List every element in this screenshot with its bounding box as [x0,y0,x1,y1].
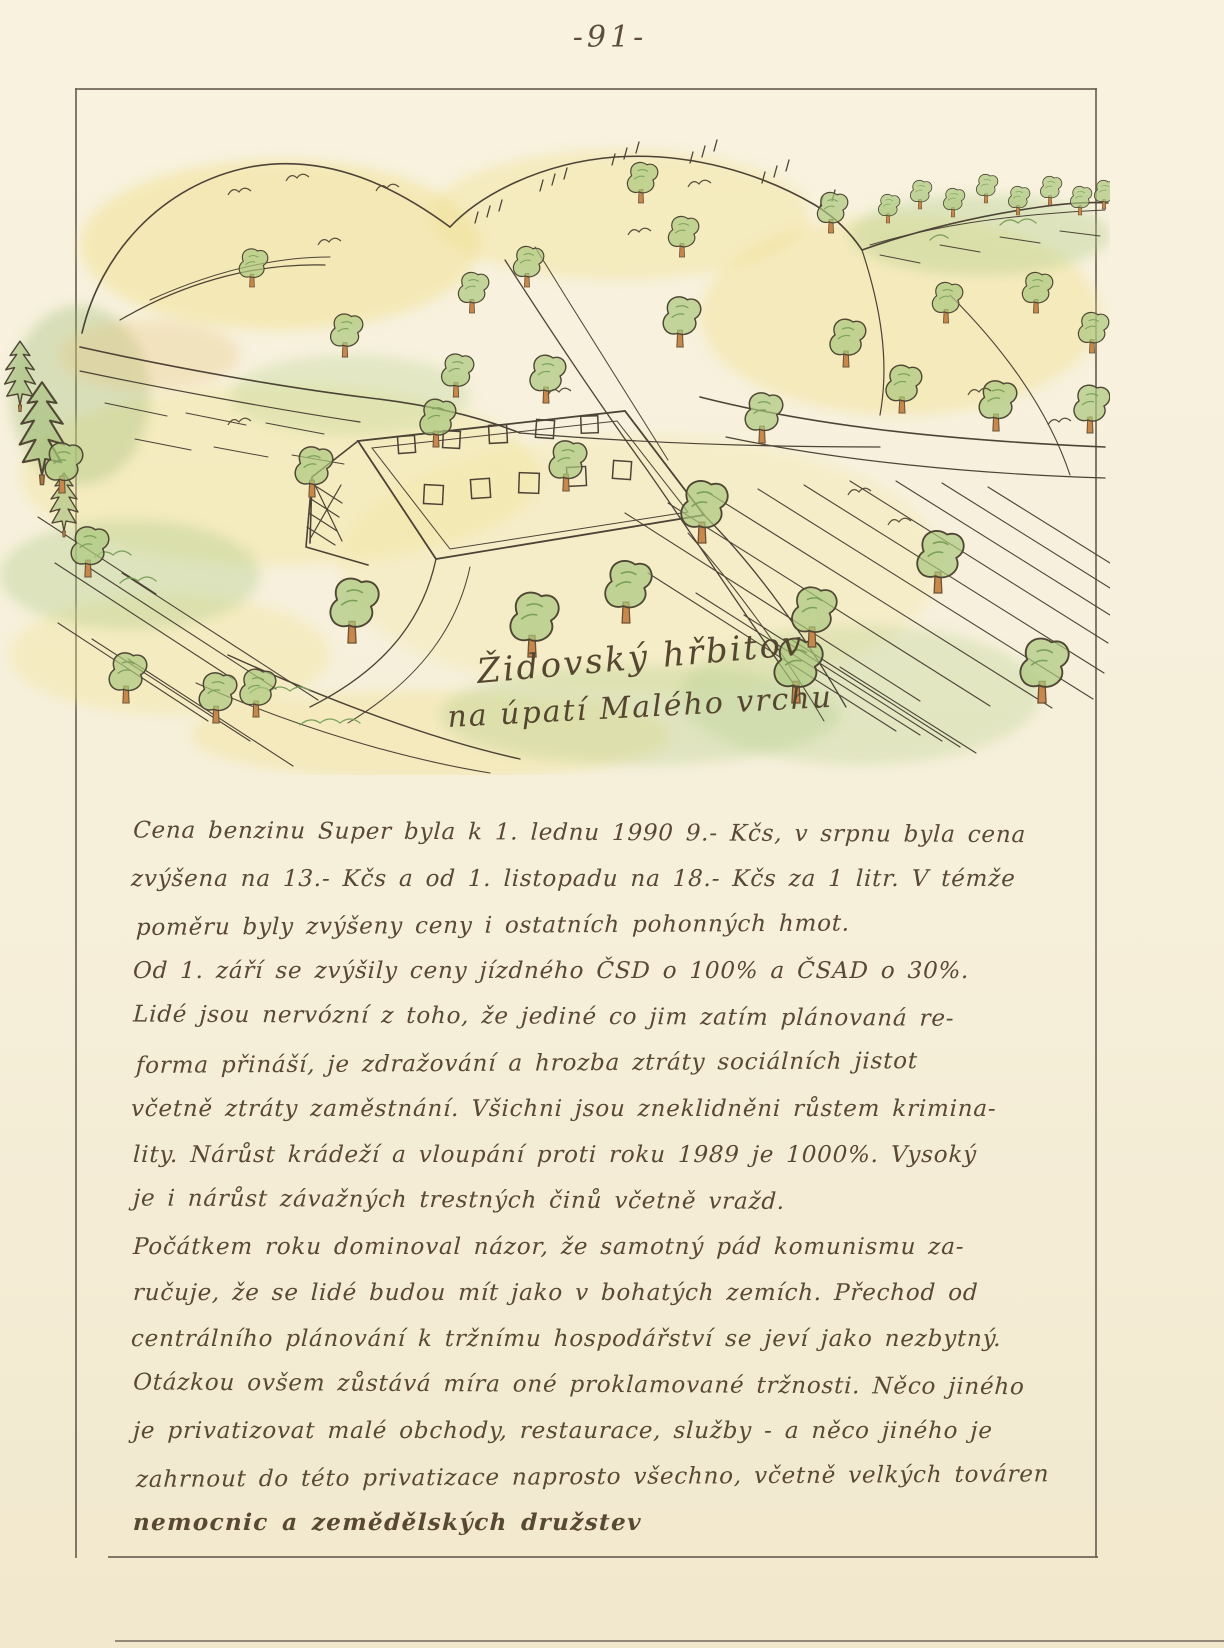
page-edge-line [115,1640,1224,1642]
manuscript-line: zvýšena na 13.- Kčs a od 1. listopadu na… [130,856,1092,902]
manuscript-line: je i nárůst závažných trestných činů vče… [132,1175,1094,1226]
manuscript-line: včetně ztráty zaměstnání. Všichni jsou z… [130,1086,1092,1132]
manuscript-line: zahrnout do této privatizace naprosto vš… [135,1451,1097,1503]
manuscript-line: Cena benzinu Super byla k 1. lednu 1990 … [132,807,1094,858]
manuscript-line: Lidé jsou nervózní z toho, že jediné co … [132,991,1094,1042]
manuscript-line: Otázkou ovšem zůstává míra oné proklamov… [132,1359,1094,1410]
landscape-drawing: Židovský hřbitov na úpatí Malého vrchu [0,95,1110,775]
page-number: -91- [500,18,720,58]
manuscript-line: Počátkem roku dominoval názor, že samotn… [132,1224,1094,1270]
manuscript-line: je privatizovat malé obchody, restaurace… [132,1408,1094,1454]
manuscript-line: forma přináší, je zdražování a hrozba zt… [135,1037,1097,1089]
frame-border-top [75,88,1097,90]
manuscript-line: centrálního plánování k tržnímu hospodář… [130,1316,1092,1362]
manuscript-line: nemocnic a zemědělských družstev [132,1500,1094,1546]
frame-border-bottom [108,1556,1098,1558]
manuscript-line: poměru byly zvýšeny ceny i ostatních poh… [135,899,1097,951]
chronicle-page: -91- [0,0,1224,1648]
manuscript-text: Cena benzinu Super byla k 1. lednu 1990 … [133,810,1093,1546]
manuscript-line: ručuje, že se lidé budou mít jako v boha… [132,1270,1094,1316]
manuscript-line: lity. Nárůst krádeží a vloupání proti ro… [132,1132,1094,1178]
manuscript-line: Od 1. září se zvýšily ceny jízdného ČSD … [132,948,1094,994]
